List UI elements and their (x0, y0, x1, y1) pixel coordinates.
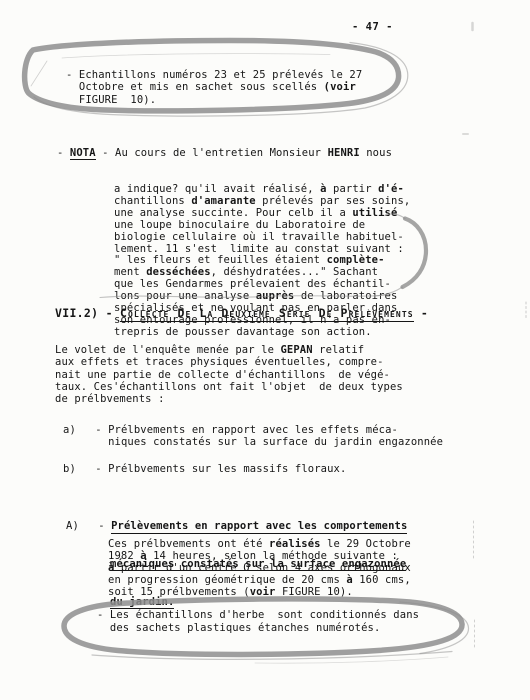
section-title: Collecte De La Deuxième Série De Prélève… (120, 306, 414, 322)
list-item-b: b) - Prélbvements sur les massifs florau… (63, 463, 346, 475)
text-line: Le volet de l'enquête menée par le GEPAN… (55, 344, 403, 356)
nota-dash-open: - (57, 147, 70, 159)
text-line: trepris de pousser davantage son action. (114, 327, 410, 339)
text-line: - Echantillons numéros 23 et 25 prélevés… (66, 69, 362, 81)
text-line: - Les échantillons d'herbe sont conditio… (97, 609, 419, 622)
text-line: FIGURE 10). (66, 94, 362, 106)
nota-paragraph: - NOTA - Au cours de l'entretien Monsieu… (57, 124, 410, 363)
intro-paragraph: Le volet de l'enquête menée par le GEPAN… (55, 344, 403, 405)
text-line: niques constatés sur la surface du jardi… (63, 437, 443, 449)
bullet-echantillons-23-25: - Echantillons numéros 23 et 25 prélevés… (66, 69, 362, 106)
top-circle-inner-stroke (31, 61, 47, 86)
text-line: aux effets et traces physiques éventuell… (55, 356, 403, 368)
text-line: une loupe binoculaire du Laboratoire de (114, 220, 410, 232)
text-line: soit 15 prélbvements (voir FIGURE 10). (108, 587, 411, 599)
text-line: taux. Ces'échantillons ont fait l'objet … (55, 381, 403, 393)
section-a-heading-text: Prélèvements en rapport avec les comport… (111, 520, 407, 534)
section-heading-vii2: VII.2) - Collecte De La Deuxième Série D… (55, 306, 428, 320)
section-a-line-1: A) - Prélèvements en rapport avec les co… (66, 520, 407, 533)
text-line: des sachets plastiques étanches numéroté… (97, 622, 419, 635)
nota-dash-close: - (96, 147, 115, 159)
text-line: Octobre et mis en sachet sous scellés (v… (66, 81, 362, 93)
text-line: biologie cellulaire où il travaille habi… (114, 232, 410, 244)
bottom-circle-echo-bottom (92, 652, 452, 660)
text-line: a indique? qu'il avait réalisé, à partir… (114, 184, 410, 196)
bullet-sachets-plastiques: - Les échantillons d'herbe sont conditio… (97, 609, 419, 635)
document-page: - 47 - - Echantillons numéros 23 et 25 p… (0, 0, 530, 700)
section-heading-dash: - (414, 306, 428, 320)
nota-label: NOTA (70, 147, 96, 161)
text-line: nait une partie de collecte d'échantillo… (55, 369, 403, 381)
method-paragraph: Ces prélbvements ont été réalisés le 29 … (108, 539, 411, 599)
page-number: - 47 - (352, 21, 393, 33)
nota-first-line: - NOTA - Au cours de l'entretien Monsieu… (57, 148, 410, 160)
bottom-circle-echo-faint (255, 657, 448, 663)
top-circle-inner-squiggle (62, 54, 330, 58)
section-number: VII.2) - (55, 306, 120, 320)
nota-text-start: Au cours de l'entretien Monsieur HENRI n… (115, 147, 392, 159)
list-item-a: a) - Prélbvements en rapport avec les ef… (63, 425, 443, 449)
text-line: à partir d'un centre O selon 4 axes orth… (108, 563, 411, 575)
text-line: b) - Prélbvements sur les massifs florau… (63, 463, 346, 475)
section-a-label: A) - (66, 520, 111, 532)
text-line: une analyse succinte. Pour celb il a uti… (114, 208, 410, 220)
text-line: de prélbvements : (55, 393, 403, 405)
